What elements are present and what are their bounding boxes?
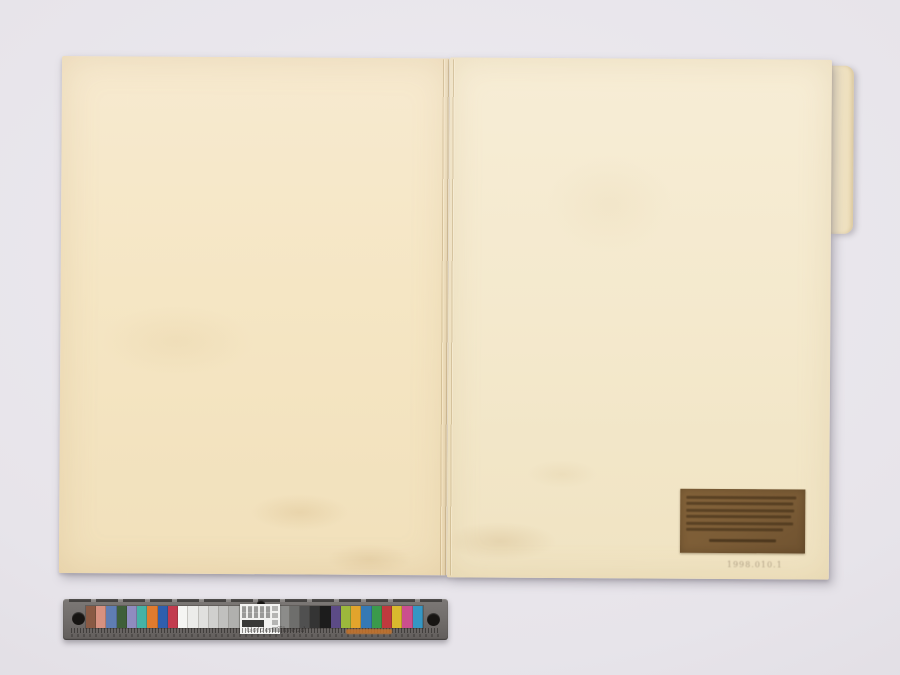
patch-row [86, 606, 423, 628]
label-text-line [686, 515, 791, 519]
color-patch [86, 606, 96, 628]
color-patch [158, 606, 168, 628]
color-patch [147, 606, 157, 628]
color-patch [290, 606, 300, 628]
color-patch [382, 606, 392, 628]
ruler-hole-left [72, 612, 85, 625]
photo-stage: 1998.010.1 Golden Thread [0, 0, 900, 675]
color-patch [178, 606, 188, 628]
color-patch [320, 606, 330, 628]
label-text-line [709, 539, 777, 542]
mini-patch-grid [242, 606, 271, 618]
ruler-number-row [71, 634, 440, 637]
folder-left-page [59, 56, 450, 575]
golden-thread-script: Golden Thread [245, 626, 307, 634]
label-text-line [686, 521, 793, 525]
color-patch [219, 606, 229, 628]
color-patch [341, 606, 351, 628]
color-patch [392, 606, 402, 628]
label-text-line [686, 496, 796, 500]
color-patch [331, 606, 341, 628]
label-text-line [686, 528, 783, 532]
color-patch [188, 606, 198, 628]
manila-folder: 1998.010.1 [59, 55, 832, 580]
calibration-ruler: Golden Thread [63, 599, 448, 640]
color-patch [310, 606, 320, 628]
color-patch [300, 606, 310, 628]
ruler-edge-notches [69, 599, 442, 602]
label-text-line [686, 509, 794, 513]
color-patch [209, 606, 219, 628]
orange-marking [346, 629, 392, 634]
label-text-line [686, 502, 793, 506]
color-patch [106, 606, 116, 628]
color-patch [372, 606, 382, 628]
ruler-hole-right [427, 613, 440, 626]
color-patch [280, 606, 290, 628]
color-patch [413, 606, 423, 628]
color-patch [96, 606, 106, 628]
color-patch [229, 606, 239, 628]
color-patch [361, 606, 371, 628]
folder-tab [830, 66, 854, 234]
color-patch [127, 606, 137, 628]
handwritten-accession-number: 1998.010.1 [727, 560, 799, 569]
color-patch [137, 606, 147, 628]
color-patch [117, 606, 127, 628]
color-patch [168, 606, 178, 628]
color-patch [402, 606, 412, 628]
typed-specimen-label [680, 489, 805, 554]
color-patch [199, 606, 209, 628]
color-patch [351, 606, 361, 628]
